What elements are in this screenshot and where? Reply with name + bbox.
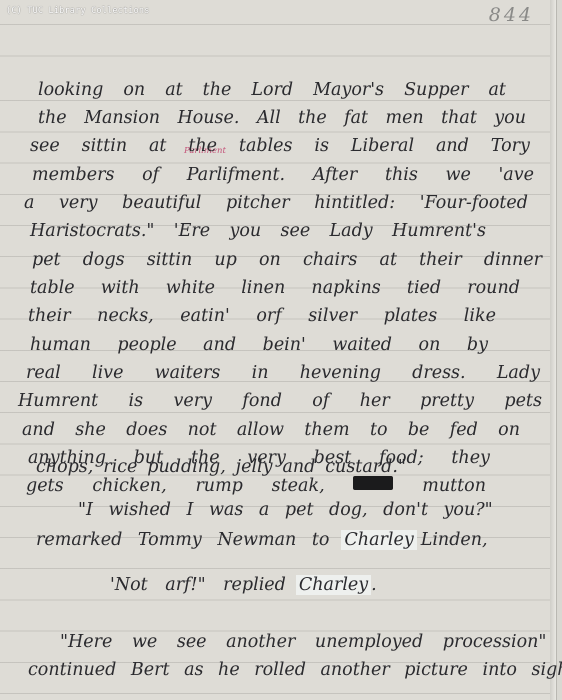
- text-line: Haristocrats."'EreyouseeLadyHumrent's: [30, 221, 486, 241]
- word: Liberal: [351, 136, 414, 156]
- word: at: [380, 250, 397, 270]
- word: chicken,: [92, 476, 166, 496]
- word: sittin: [147, 250, 193, 270]
- word: the: [203, 80, 232, 100]
- word: like: [464, 306, 496, 326]
- word: their: [28, 306, 71, 326]
- text-line: averybeautifulpitcherhintitled:'Four-foo…: [24, 193, 528, 213]
- text-line: Humrentisveryfondofherprettypets: [18, 391, 542, 411]
- dialogue-text: "I wished I was a pet dog, don't you?": [78, 500, 493, 520]
- word: real: [26, 363, 61, 383]
- word: very: [59, 193, 98, 213]
- word: on: [498, 420, 520, 440]
- word: round: [467, 278, 520, 298]
- word: pretty: [420, 391, 474, 411]
- word: on: [419, 335, 441, 355]
- word: and: [282, 457, 315, 477]
- page-edge: [550, 0, 556, 700]
- word: pudding,: [147, 457, 226, 477]
- word: on: [123, 80, 145, 100]
- word: members: [32, 165, 114, 185]
- word: gets: [26, 476, 64, 496]
- text-line: humanpeopleandbein'waitedonby: [30, 335, 488, 355]
- word: 'Ere: [174, 221, 210, 241]
- word: the: [188, 136, 217, 156]
- dialogue-text: continued Bert as he rolled another pict…: [28, 660, 562, 680]
- word: eatin': [180, 306, 230, 326]
- text-line: getschicken,rumpsteak,mutton: [26, 476, 486, 496]
- dialogue-line-3: "Here we see another unemployed processi…: [0, 632, 556, 652]
- pasted-name-label: Charley: [341, 530, 416, 550]
- text-line: reallivewaitersinheveningdress.Lady: [26, 363, 540, 383]
- word: Tory: [491, 136, 530, 156]
- word: them: [304, 420, 349, 440]
- word: human: [30, 335, 91, 355]
- word: jelly: [236, 457, 273, 477]
- word: rump: [195, 476, 242, 496]
- word: waiters: [155, 363, 221, 383]
- word: you: [229, 221, 261, 241]
- word: Lady: [497, 363, 540, 383]
- word: 'Four-footed: [420, 193, 528, 213]
- word: people: [117, 335, 176, 355]
- word: to: [370, 420, 388, 440]
- dialogue-text: 'Not arf!" replied: [110, 575, 286, 595]
- copyright-watermark: (C) TUC Library Collections: [6, 6, 150, 16]
- word: napkins: [311, 278, 380, 298]
- word: Lord: [251, 80, 293, 100]
- word: Supper: [404, 80, 468, 100]
- word: House.: [177, 108, 239, 128]
- word: waited: [332, 335, 392, 355]
- word: Humrent: [18, 391, 98, 411]
- word: chops,: [36, 457, 93, 477]
- text-line: theirnecks,eatin'orfsilverplateslike: [28, 306, 496, 326]
- word: live: [92, 363, 123, 383]
- word: fat: [344, 108, 368, 128]
- word: with: [101, 278, 140, 298]
- word: bein': [263, 335, 306, 355]
- word: table: [30, 278, 75, 298]
- word: she: [75, 420, 106, 440]
- word: mutton: [422, 476, 486, 496]
- pasted-name-label: Charley: [296, 575, 371, 595]
- word: fed: [450, 420, 478, 440]
- word: does: [126, 420, 167, 440]
- word: hintitled:: [314, 193, 395, 213]
- reply-line: 'Not arf!" replied Charley .: [0, 575, 556, 595]
- word: chairs: [303, 250, 357, 270]
- word: steak,: [272, 476, 325, 496]
- word: is: [314, 136, 329, 156]
- word: tied: [407, 278, 441, 298]
- dialogue-text: Linden,: [421, 530, 488, 550]
- word: and: [436, 136, 469, 156]
- word: dress.: [412, 363, 465, 383]
- dialogue-text: .: [371, 575, 377, 595]
- word: up: [214, 250, 236, 270]
- word: of: [312, 391, 329, 411]
- word: allow: [237, 420, 284, 440]
- word: white: [166, 278, 215, 298]
- word: looking: [38, 80, 103, 100]
- text-line: seesittinatthetablesisLiberalandTory: [30, 136, 530, 156]
- word: rice: [103, 457, 137, 477]
- word: dogs: [83, 250, 125, 270]
- word: custard.": [325, 457, 406, 477]
- word: is: [129, 391, 144, 411]
- word: the: [38, 108, 67, 128]
- word: All: [257, 108, 281, 128]
- word: see: [280, 221, 310, 241]
- word: pets: [504, 391, 542, 411]
- word: and: [203, 335, 236, 355]
- page-number: 844: [489, 4, 534, 26]
- text-line: tablewithwhitelinennapkinstiedround: [30, 278, 520, 298]
- word: be: [408, 420, 430, 440]
- word: by: [467, 335, 488, 355]
- word: they: [451, 448, 490, 468]
- dialogue-text: remarked Tommy Newman to: [36, 530, 329, 550]
- word: that: [441, 108, 477, 128]
- word: pet: [32, 250, 61, 270]
- word: in: [252, 363, 269, 383]
- word: this: [385, 165, 418, 185]
- word: linen: [241, 278, 285, 298]
- word: men: [385, 108, 423, 128]
- word: fond: [242, 391, 282, 411]
- word: you: [494, 108, 526, 128]
- word: dinner: [484, 250, 542, 270]
- word: the: [298, 108, 327, 128]
- dialogue-line-2: remarked Tommy Newman to Charley Linden,: [0, 530, 556, 550]
- dialogue-text: "Here we see another unemployed processi…: [60, 632, 546, 652]
- redaction-block: [353, 476, 393, 490]
- word: Haristocrats.": [30, 221, 154, 241]
- word: silver: [308, 306, 357, 326]
- word: their: [419, 250, 462, 270]
- dialogue-line-1: "I wished I was a pet dog, don't you?": [0, 500, 556, 520]
- dialogue-line-4: continued Bert as he rolled another pict…: [28, 660, 542, 680]
- word: and: [22, 420, 55, 440]
- word: Lady: [330, 221, 373, 241]
- word: Humrent's: [392, 221, 486, 241]
- word: sittin: [82, 136, 128, 156]
- manuscript-page: (C) TUC Library Collections 844 Parlimen…: [0, 0, 557, 700]
- word: at: [165, 80, 182, 100]
- text-line: theMansionHouse.Allthefatmenthatyou: [38, 108, 526, 128]
- word: After: [313, 165, 358, 185]
- word: pitcher: [226, 193, 290, 213]
- word: of: [142, 165, 159, 185]
- text-line: lookingonattheLordMayor'sSupperat: [38, 80, 506, 100]
- word: at: [149, 136, 166, 156]
- word: Mayor's: [313, 80, 384, 100]
- text-line: chops,ricepudding,jellyandcustard.": [36, 457, 406, 477]
- word: very: [174, 391, 213, 411]
- word: at: [488, 80, 505, 100]
- word: a: [24, 193, 34, 213]
- text-line: membersofParlifment.Afterthiswe'ave: [32, 165, 534, 185]
- word: beautiful: [122, 193, 201, 213]
- word: plates: [384, 306, 438, 326]
- text-line: andshedoesnotallowthemtobefedon: [22, 420, 520, 440]
- word: her: [360, 391, 390, 411]
- text-line: petdogssittinuponchairsattheirdinner: [32, 250, 542, 270]
- word: necks,: [97, 306, 154, 326]
- word: not: [188, 420, 217, 440]
- word: 'ave: [498, 165, 534, 185]
- word: Parlifment.: [187, 165, 285, 185]
- word: Mansion: [84, 108, 160, 128]
- word: on: [259, 250, 281, 270]
- word: hevening: [300, 363, 381, 383]
- word: we: [445, 165, 470, 185]
- word: tables: [239, 136, 293, 156]
- word: orf: [256, 306, 281, 326]
- word: see: [30, 136, 60, 156]
